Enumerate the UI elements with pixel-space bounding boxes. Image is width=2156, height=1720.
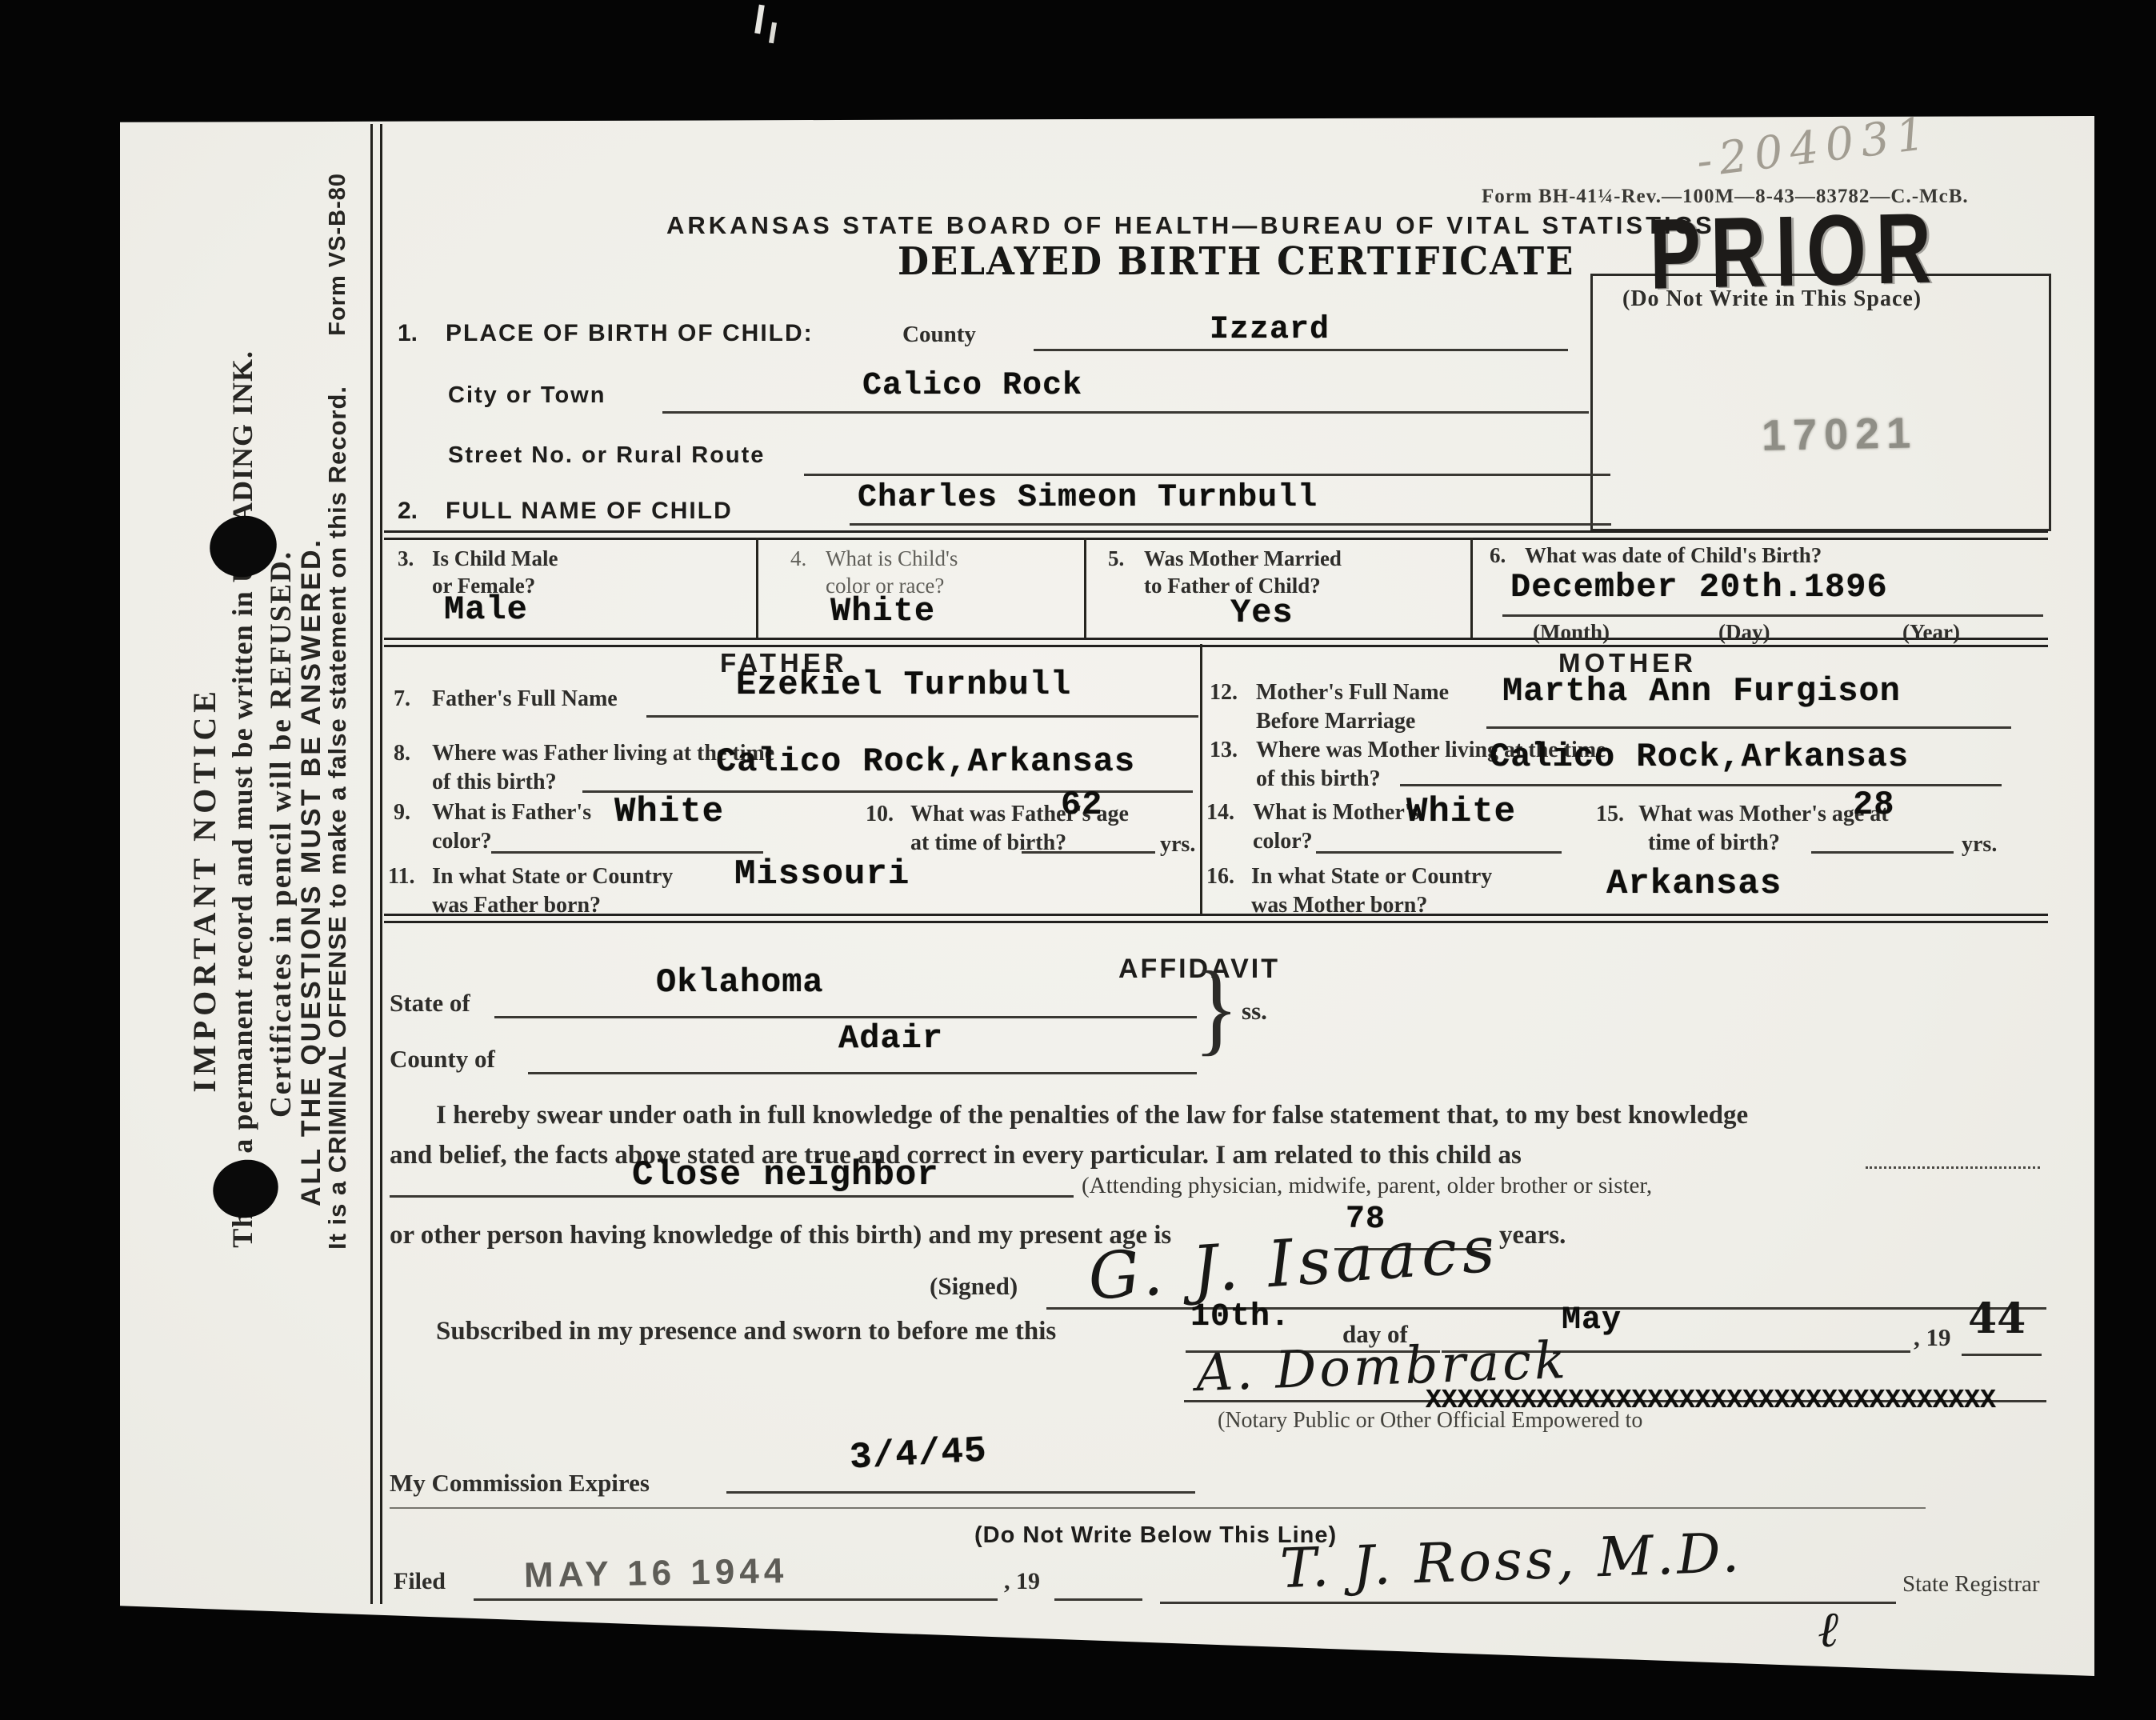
q12-value: Martha Ann Furgison bbox=[1502, 672, 1901, 710]
scan-artifact bbox=[754, 5, 765, 34]
prior-stamp: PRIOR bbox=[1649, 191, 1942, 312]
q6-number: 6. bbox=[1490, 543, 1506, 568]
q9-line bbox=[491, 851, 763, 854]
q15-value: 28 bbox=[1853, 786, 1894, 824]
q9-label-1: What is Father's bbox=[432, 800, 591, 826]
scanned-birth-certificate: IMPORTANT NOTICE This is a permanent rec… bbox=[0, 0, 2156, 1720]
registrar-line bbox=[1160, 1602, 1896, 1604]
name-line bbox=[850, 523, 1611, 526]
registrar-label: State Registrar bbox=[1902, 1571, 2040, 1598]
affidavit-county-line bbox=[528, 1072, 1197, 1074]
years-label: years. bbox=[1499, 1221, 1566, 1250]
q5-value: Yes bbox=[1230, 594, 1294, 632]
oath-text-2: and belief, the facts above stated are t… bbox=[390, 1141, 1522, 1170]
faint-rule bbox=[390, 1507, 1926, 1509]
q4-number: 4. bbox=[790, 546, 806, 571]
street-label: Street No. or Rural Route bbox=[448, 442, 765, 469]
q7-value: Ezekiel Turnbull bbox=[736, 666, 1071, 704]
q15-line bbox=[1811, 851, 1954, 854]
sworn-month-value: May bbox=[1562, 1302, 1622, 1338]
q13-line bbox=[1400, 784, 2002, 786]
ss-label: ss. bbox=[1242, 997, 1267, 1026]
sidebar-important-notice: IMPORTANT NOTICE bbox=[186, 686, 223, 1093]
city-line bbox=[662, 411, 1589, 414]
city-value: Calico Rock bbox=[862, 368, 1082, 404]
q16-label-2: was Mother born? bbox=[1251, 893, 1427, 918]
q15-label-1: What was Mother's age at bbox=[1638, 802, 1889, 827]
q14-line bbox=[1316, 851, 1562, 854]
q13-number: 13. bbox=[1210, 738, 1238, 763]
q8-number: 8. bbox=[394, 741, 410, 766]
q3-number: 3. bbox=[398, 546, 414, 571]
q14-label-1: What is Mother's bbox=[1253, 800, 1419, 826]
county-label: County bbox=[902, 322, 976, 348]
filed-year-printed: , 19 bbox=[1004, 1568, 1040, 1595]
rule bbox=[384, 530, 2048, 540]
sworn-text: Subscribed in my presence and sworn to b… bbox=[436, 1317, 1056, 1346]
state-value: Oklahoma bbox=[656, 963, 824, 1002]
q14-number: 14. bbox=[1206, 800, 1234, 826]
divider bbox=[1470, 538, 1473, 638]
signed-label: (Signed) bbox=[930, 1272, 1018, 1301]
divider bbox=[1200, 644, 1202, 914]
filed-label: Filed bbox=[394, 1568, 446, 1595]
item1-label: PLACE OF BIRTH OF CHILD: bbox=[446, 320, 814, 347]
q9-value: White bbox=[614, 792, 724, 832]
q16-value: Arkansas bbox=[1606, 864, 1782, 904]
sidebar-criminal-offense-note: It is a CRIMINAL OFFENSE to make a false… bbox=[323, 386, 352, 1250]
oath-text-1: I hereby swear under oath in full knowle… bbox=[436, 1101, 1748, 1130]
commission-label: My Commission Expires bbox=[390, 1469, 650, 1498]
sworn-day-value: 10th. bbox=[1190, 1299, 1290, 1335]
q5-label-1: Was Mother Married bbox=[1144, 546, 1342, 571]
commission-line bbox=[726, 1491, 1195, 1494]
divider bbox=[756, 538, 758, 638]
divider bbox=[1084, 538, 1086, 638]
street-line bbox=[804, 474, 1610, 476]
q3-label-1: Is Child Male bbox=[432, 546, 558, 571]
item2-number: 2. bbox=[398, 498, 418, 525]
q7-number: 7. bbox=[394, 686, 410, 712]
q12-label-1: Mother's Full Name bbox=[1256, 680, 1449, 706]
year-printed: , 19 bbox=[1914, 1323, 1951, 1352]
q11-number: 11. bbox=[388, 864, 414, 890]
q9-number: 9. bbox=[394, 800, 410, 826]
relation-caption: (Attending physician, midwife, parent, o… bbox=[1082, 1173, 1652, 1199]
q11-label-1: In what State or Country bbox=[432, 864, 673, 890]
relation-value: Close neighbor bbox=[632, 1155, 939, 1195]
q5-number: 5. bbox=[1108, 546, 1124, 571]
q4-value: White bbox=[830, 592, 935, 630]
county-value: Izzard bbox=[1210, 312, 1330, 348]
filed-line bbox=[474, 1598, 998, 1601]
q4-label-1: What is Child's bbox=[826, 546, 958, 571]
sidebar-form-number: Form VS-B-80 bbox=[325, 173, 351, 336]
sidebar-pencil-refused-note: Certificates in pencil will be REFUSED. bbox=[264, 550, 298, 1118]
rule bbox=[384, 638, 2048, 647]
q13-label-2: of this birth? bbox=[1256, 766, 1381, 792]
q12-line bbox=[1486, 726, 2011, 729]
county-of-label: County of bbox=[390, 1045, 495, 1074]
page-title: DELAYED BIRTH CERTIFICATE bbox=[898, 239, 1574, 284]
state-line bbox=[494, 1016, 1197, 1018]
q7-line bbox=[646, 715, 1198, 718]
q10-line bbox=[1022, 851, 1155, 854]
board-title: ARKANSAS STATE BOARD OF HEALTH—BUREAU OF… bbox=[666, 211, 1715, 240]
q6-line bbox=[1502, 614, 2043, 617]
q11-value: Missouri bbox=[734, 854, 910, 894]
rule bbox=[384, 914, 2048, 923]
related-as-line bbox=[1866, 1166, 2040, 1169]
q3-value: Male bbox=[444, 590, 528, 629]
q6-value: December 20th.1896 bbox=[1510, 568, 1888, 606]
q11-label-2: was Father born? bbox=[432, 893, 601, 918]
child-name-value: Charles Simeon Turnbull bbox=[858, 480, 1318, 516]
q8-label-2: of this birth? bbox=[432, 770, 557, 795]
q16-label-1: In what State or Country bbox=[1251, 864, 1492, 890]
q8-value: Calico Rock,Arkansas bbox=[716, 742, 1135, 781]
county-line bbox=[1034, 349, 1568, 351]
affidavit-county-value: Adair bbox=[838, 1019, 943, 1058]
q7-label: Father's Full Name bbox=[432, 686, 618, 712]
q15-unit: yrs. bbox=[1962, 832, 1997, 858]
q16-number: 16. bbox=[1206, 864, 1234, 890]
q13-value: Calico Rock,Arkansas bbox=[1490, 738, 1909, 776]
filed-year-line bbox=[1054, 1598, 1142, 1601]
item2-label: FULL NAME OF CHILD bbox=[446, 498, 733, 525]
q10-value: 62 bbox=[1061, 786, 1102, 824]
strikeout-xxx: XXXXXXXXXXXXXXXXXXXXXXXXXXXXXXXXXXXX bbox=[1426, 1386, 1996, 1415]
q6-label: What was date of Child's Birth? bbox=[1525, 543, 1822, 568]
commission-value: 3/4/45 bbox=[849, 1430, 988, 1479]
q15-label-2: time of birth? bbox=[1648, 830, 1780, 856]
sidebar-permanent-record-note: This is a permanent record and must be w… bbox=[226, 350, 259, 1248]
year-line bbox=[1962, 1354, 2042, 1356]
q6-day-label: (Day) bbox=[1718, 620, 1770, 645]
q14-value: White bbox=[1406, 792, 1516, 832]
q12-label-2: Before Marriage bbox=[1256, 709, 1415, 734]
q9-label-2: color? bbox=[432, 829, 492, 854]
oath-text-3: or other person having knowledge of this… bbox=[390, 1221, 1171, 1250]
filed-date-stamp: MAY 16 1944 bbox=[524, 1551, 789, 1596]
city-label: City or Town bbox=[448, 382, 606, 409]
ss-brace: } bbox=[1194, 948, 1239, 1068]
q6-month-label: (Month) bbox=[1533, 620, 1610, 645]
q10-unit: yrs. bbox=[1160, 832, 1195, 858]
state-of-label: State of bbox=[390, 989, 470, 1018]
relation-line bbox=[390, 1195, 1074, 1198]
sworn-year-value: 44 bbox=[1968, 1294, 2026, 1343]
q10-number: 10. bbox=[866, 802, 894, 827]
q15-number: 15. bbox=[1596, 802, 1624, 827]
scan-artifact bbox=[769, 22, 777, 44]
form-border bbox=[370, 124, 382, 1604]
q12-number: 12. bbox=[1210, 680, 1238, 706]
q6-year-label: (Year) bbox=[1902, 620, 1960, 645]
signature-flourish: ℓ bbox=[1818, 1600, 1838, 1659]
q14-label-2: color? bbox=[1253, 829, 1313, 854]
item1-number: 1. bbox=[398, 320, 418, 347]
file-number-stamp: 17021 bbox=[1761, 408, 1918, 460]
